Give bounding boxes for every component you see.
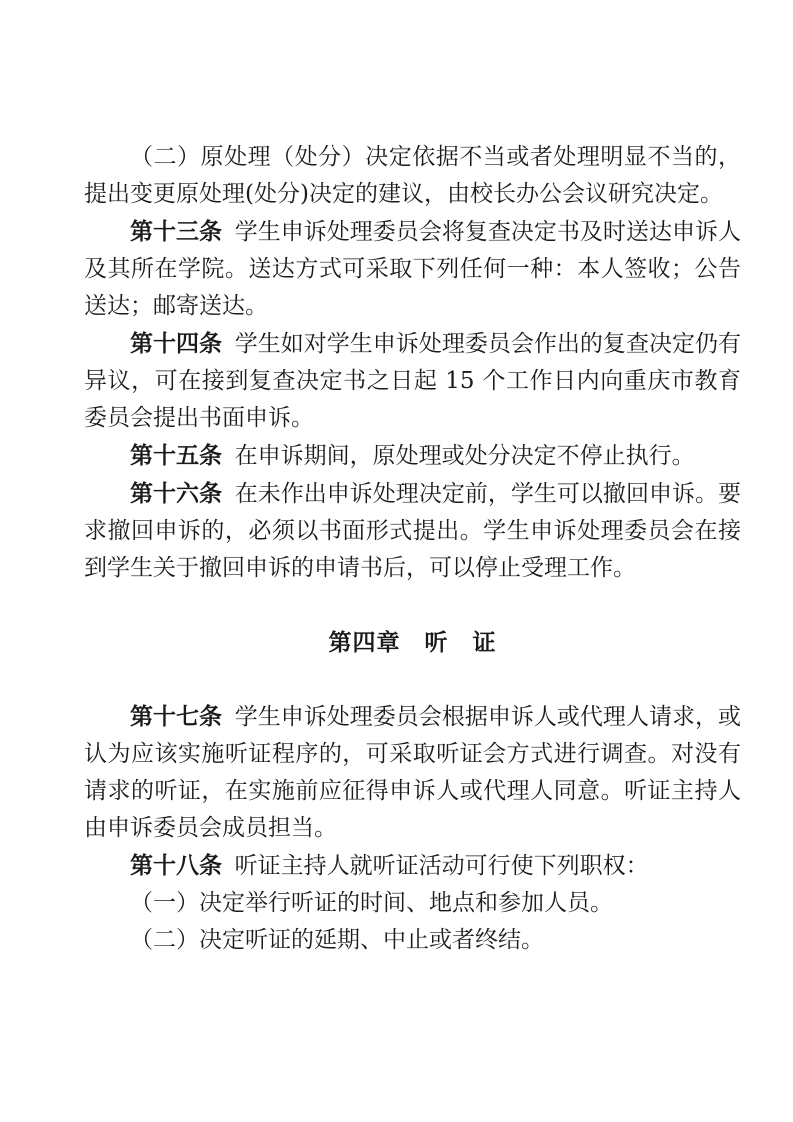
article-number: 第十三条 (130, 218, 222, 245)
paragraph: 第十四条学生如对学生申诉处理委员会作出的复查决定仍有异议，可在接到复查决定书之日… (84, 325, 741, 437)
paragraph: 第十七条学生申诉处理委员会根据申诉人或代理人请求，或认为应该实施听证程序的，可采… (84, 698, 741, 847)
paragraph: 第十六条在未作出申诉处理决定前，学生可以撤回申诉。要求撤回申诉的，必须以书面形式… (84, 475, 741, 587)
article-number: 第十七条 (130, 703, 222, 730)
document-page: （二）原处理（处分）决定依据不当或者处理明显不当的，提出变更原处理(处分)决定的… (0, 0, 793, 1122)
paragraph: 第十五条在申诉期间，原处理或处分决定不停止执行。 (84, 437, 741, 475)
article-number: 第十八条 (130, 852, 222, 879)
chapter-heading: 第四章 听 证 (84, 624, 741, 661)
paragraph-text: （二）决定听证的延期、中止或者终结。 (130, 927, 544, 953)
paragraph-text: （一）决定举行听证的时间、地点和参加人员。 (130, 890, 613, 916)
article-number: 第十六条 (130, 480, 222, 507)
chapter-heading-text: 第四章 听 证 (329, 629, 497, 656)
article-number: 第十四条 (130, 330, 222, 357)
paragraph: 第十八条听证主持人就听证活动可行使下列职权： (84, 847, 741, 885)
paragraph: （一）决定举行听证的时间、地点和参加人员。 (84, 885, 741, 922)
article-number: 第十五条 (130, 442, 222, 469)
paragraph-text: （二）原处理（处分）决定依据不当或者处理明显不当的，提出变更原处理(处分)决定的… (84, 144, 741, 207)
paragraph: （二）决定听证的延期、中止或者终结。 (84, 922, 741, 959)
paragraph-text: 在申诉期间，原处理或处分决定不停止执行。 (235, 443, 695, 469)
document-body: （二）原处理（处分）决定依据不当或者处理明显不当的，提出变更原处理(处分)决定的… (84, 139, 741, 959)
paragraph-text: 听证主持人就听证活动可行使下列职权： (235, 853, 649, 879)
paragraph: 第十三条学生申诉处理委员会将复查决定书及时送达申诉人及其所在学院。送达方式可采取… (84, 213, 741, 325)
paragraph: （二）原处理（处分）决定依据不当或者处理明显不当的，提出变更原处理(处分)决定的… (84, 139, 741, 213)
